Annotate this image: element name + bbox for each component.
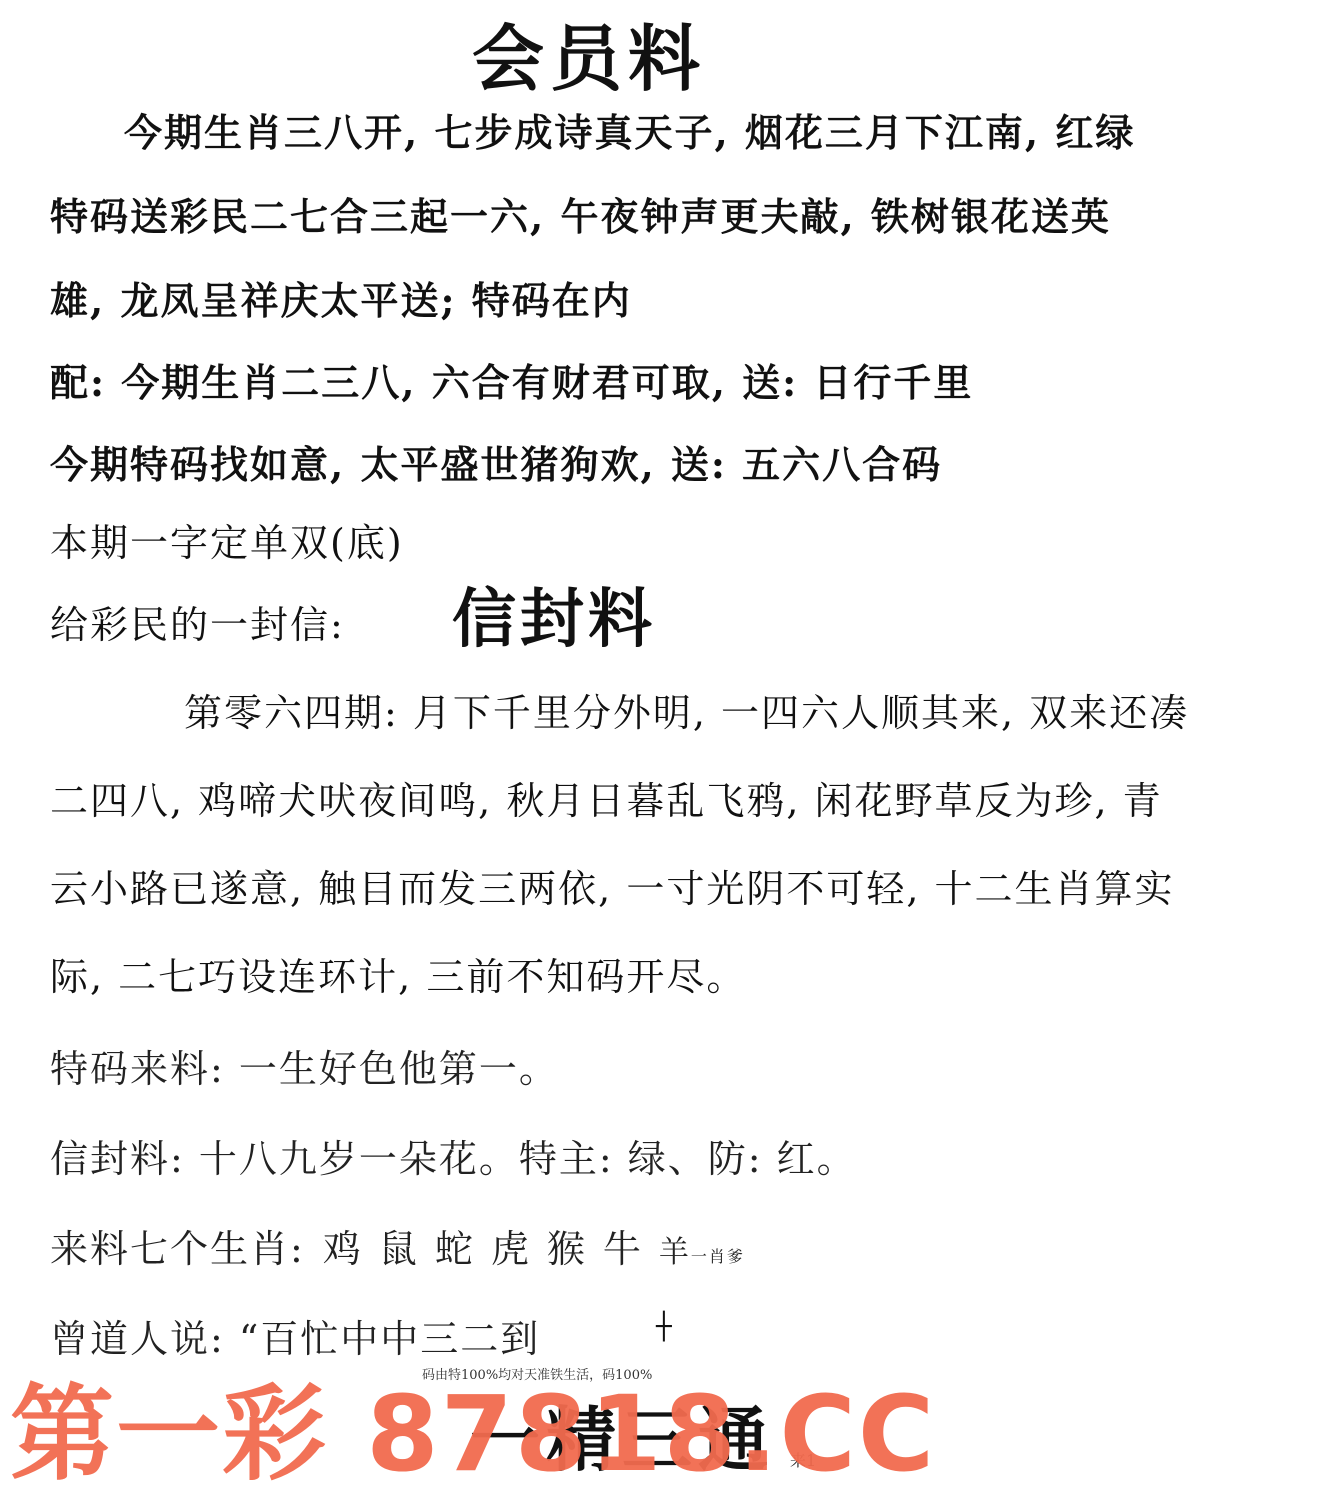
zodiac-item: 虎 [491, 1224, 547, 1274]
member-line-4: 配: 今期生肖二三八, 六合有财君可取, 送: 日行千里 [50, 358, 973, 408]
cross-mark-icon: ┼ [656, 1312, 672, 1342]
zodiac-item: 羊 [659, 1228, 691, 1278]
zodiac-item: 鼠 [379, 1224, 435, 1274]
letter-line-2: 二四八, 鸡啼犬吠夜间鸣, 秋月日暮乱飞鸦, 闲花野草反为珍, 青 [50, 776, 1163, 826]
letter-line-3: 云小路已遂意, 触目而发三两依, 一寸光阴不可轻, 十二生肖算实 [50, 864, 1174, 914]
zodiac-item: 牛 [603, 1224, 659, 1274]
letter-label: 给彩民的一封信: [50, 600, 345, 650]
member-line-3: 雄, 龙凤呈祥庆太平送; 特码在内 [50, 276, 632, 326]
member-line-1: 今期生肖三八开, 七步成诗真天子, 烟花三月下江南, 红绿 [124, 108, 1135, 158]
member-line-5: 今期特码找如意, 太平盛世猪狗欢, 送: 五六八合码 [50, 440, 942, 490]
taoist-saying: 曾道人说: “百忙中中三二到 [50, 1314, 540, 1364]
envelope-info-line: 信封料: 十八九岁一朵花。特主: 绿、防: 红。 [50, 1134, 857, 1184]
zodiac-item: 蛇 [435, 1224, 491, 1274]
member-line-2: 特码送彩民二七合三起一六, 午夜钟声更夫敲, 铁树银花送英 [50, 192, 1111, 242]
site-watermark: 第一彩 87818.CC [10, 1374, 936, 1494]
zodiac-item: 鸡 [323, 1224, 379, 1274]
envelope-title: 信封料 [452, 580, 656, 660]
zodiac-note: 一肖爹 [691, 1248, 745, 1266]
zodiac-row: 来料七个生肖: 鸡 鼠 蛇 虎 猴 牛 羊 一肖爹 [50, 1224, 745, 1278]
special-code-line: 特码来料: 一生好色他第一。 [50, 1044, 559, 1094]
zodiac-item: 猴 [547, 1224, 603, 1274]
zodiac-label: 来料七个生肖: [50, 1224, 305, 1274]
page-title: 会员料 [472, 14, 706, 104]
member-line-6: 本期一字定单双(底) [50, 518, 404, 568]
letter-line-4: 际, 二七巧设连环计, 三前不知码开尽。 [50, 952, 746, 1002]
letter-line-1: 第零六四期: 月下千里分外明, 一四六人顺其来, 双来还凑 [184, 688, 1189, 738]
